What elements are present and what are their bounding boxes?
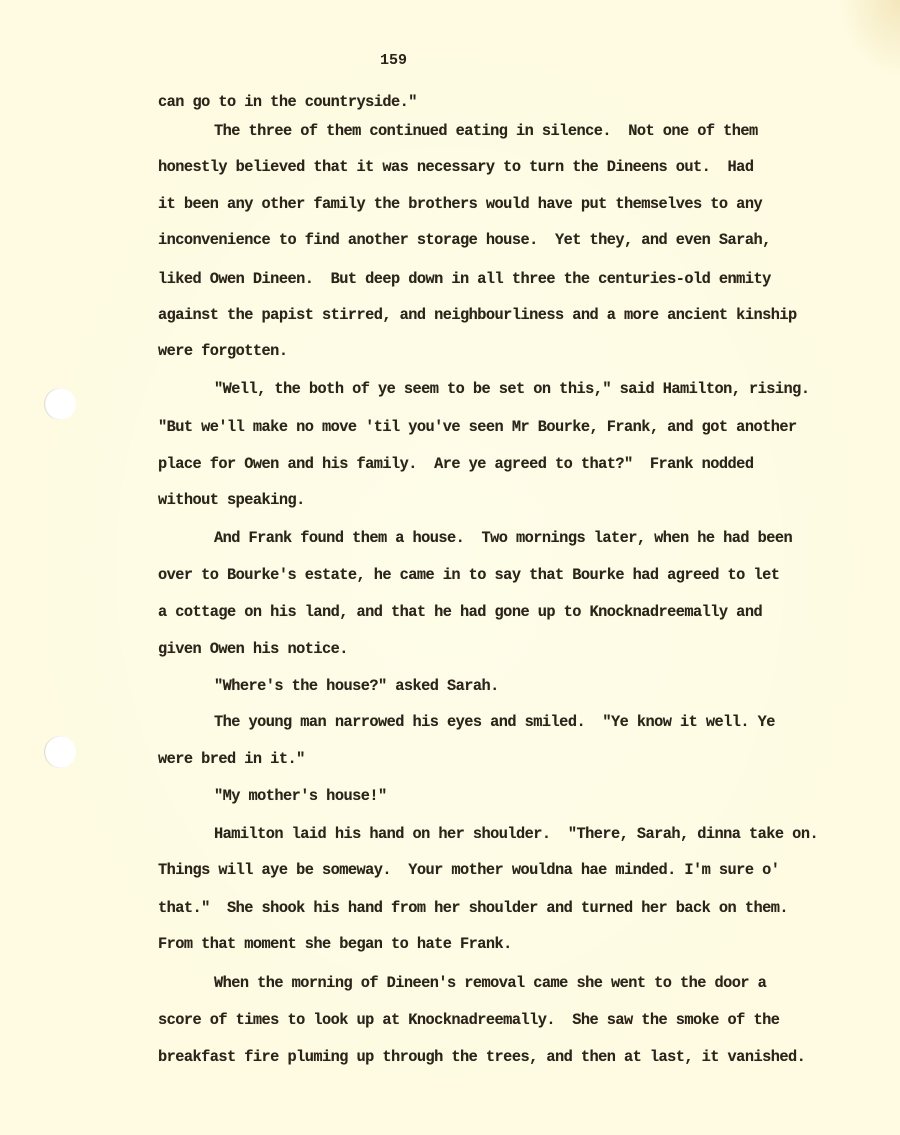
text-line: score of times to look up at Knocknadree… bbox=[158, 1011, 779, 1029]
text-line: liked Owen Dineen. But deep down in all … bbox=[158, 270, 771, 288]
typewritten-page: 159 can go to in the countryside." The t… bbox=[0, 0, 900, 1135]
text-line: "But we'll make no move 'til you've seen… bbox=[158, 418, 797, 436]
text-line: against the papist stirred, and neighbou… bbox=[158, 306, 797, 324]
text-line: "Well, the both of ye seem to be set on … bbox=[214, 380, 809, 398]
text-line: were forgotten. bbox=[158, 342, 287, 360]
text-line: breakfast fire pluming up through the tr… bbox=[158, 1048, 805, 1066]
punch-hole-top bbox=[44, 388, 76, 420]
text-line: Things will aye be someway. Your mother … bbox=[158, 861, 779, 879]
page-number: 159 bbox=[380, 52, 407, 69]
text-line: it been any other family the brothers wo… bbox=[158, 195, 762, 213]
text-line: inconvenience to find another storage ho… bbox=[158, 231, 771, 249]
text-line: The three of them continued eating in si… bbox=[214, 122, 758, 140]
text-line: "My mother's house!" bbox=[214, 787, 387, 805]
text-line: a cottage on his land, and that he had g… bbox=[158, 603, 762, 621]
text-line: From that moment she began to hate Frank… bbox=[158, 935, 512, 953]
text-line: Hamilton laid his hand on her shoulder. … bbox=[214, 825, 818, 843]
text-line: The young man narrowed his eyes and smil… bbox=[214, 713, 775, 731]
text-line: that." She shook his hand from her shoul… bbox=[158, 899, 788, 917]
punch-hole-bottom bbox=[44, 736, 76, 768]
text-line: given Owen his notice. bbox=[158, 640, 348, 658]
text-line: And Frank found them a house. Two mornin… bbox=[214, 529, 792, 547]
text-line: "Where's the house?" asked Sarah. bbox=[214, 677, 499, 695]
text-line: When the morning of Dineen's removal cam… bbox=[214, 974, 766, 992]
text-line: place for Owen and his family. Are ye ag… bbox=[158, 455, 753, 473]
text-line: were bred in it." bbox=[158, 750, 305, 768]
text-line: over to Bourke's estate, he came in to s… bbox=[158, 566, 779, 584]
text-line: without speaking. bbox=[158, 491, 305, 509]
text-line: can go to in the countryside." bbox=[158, 93, 417, 111]
text-line: honestly believed that it was necessary … bbox=[158, 158, 753, 176]
